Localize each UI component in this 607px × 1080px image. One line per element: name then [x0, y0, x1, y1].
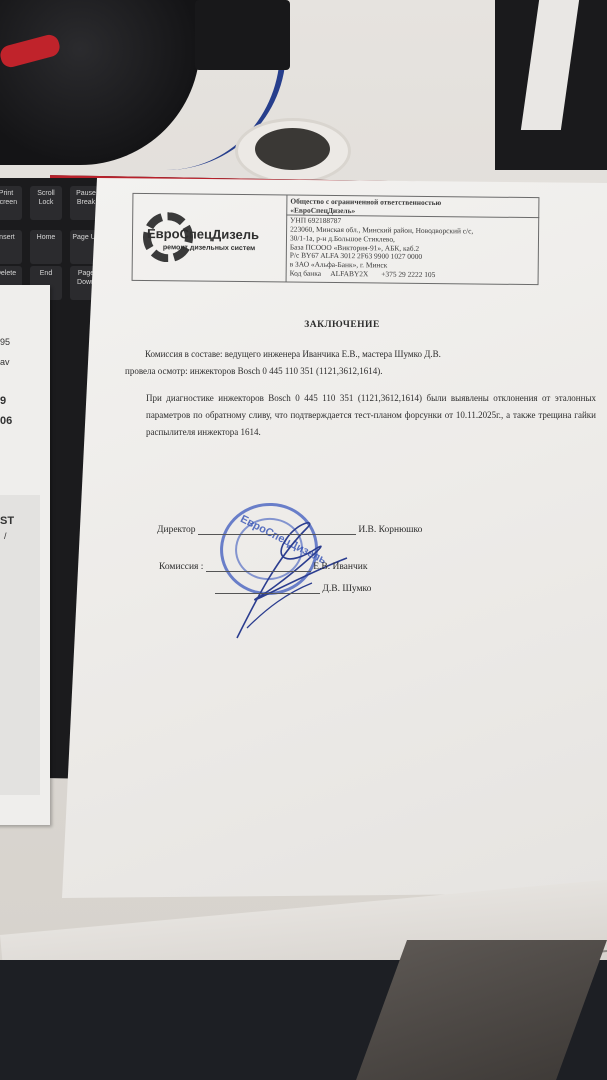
logo-name: ЕвроСпецДизель	[147, 226, 259, 242]
photo-scene: Print Screen Scroll Lock Pause Break Ins…	[0, 0, 607, 1080]
diagnosis-text: При диагностике инжекторов Bosch 0 445 1…	[126, 390, 596, 441]
member2-signature-row: Д.В. Шумко	[215, 584, 371, 594]
commission-signature-row: Комиссия : Е.В. Иванчик	[159, 562, 367, 572]
bank-code-label: Код банка	[290, 268, 321, 277]
document-title: ЗАКЛЮЧЕНИЕ	[62, 320, 607, 330]
key-scroll-lock: Scroll Lock	[30, 186, 62, 220]
commission-paragraph: Комиссия в составе: ведущего инженера Ив…	[145, 346, 441, 380]
org-bank-code-row: Код банка ALFABY2X +375 29 2222 105	[290, 269, 535, 280]
director-label: Директор	[157, 525, 196, 535]
logo-tagline: ремонт дизельных систем	[163, 244, 255, 252]
member2-name: Д.В. Шумко	[322, 584, 371, 594]
side-text: 95	[0, 337, 10, 347]
grommet-hole	[255, 128, 330, 170]
power-adapter	[195, 0, 290, 70]
side-text: /	[4, 531, 7, 541]
company-logo: ЕвроСпецДизель ремонт дизельных систем	[133, 194, 288, 282]
side-text: av	[0, 357, 10, 367]
letterhead: ЕвроСпецДизель ремонт дизельных систем О…	[132, 193, 540, 285]
side-text: 06	[0, 415, 12, 427]
document-page: ЕвроСпецДизель ремонт дизельных систем О…	[62, 178, 607, 898]
side-text: ST	[0, 515, 14, 527]
key-print-screen: Print Screen	[0, 186, 22, 220]
org-phone: +375 29 2222 105	[381, 269, 435, 279]
org-details: Общество с ограниченной ответственностью…	[290, 198, 536, 281]
side-text: 9	[0, 395, 6, 407]
diagnosis-paragraph: При диагностике инжекторов Bosch 0 445 1…	[126, 390, 596, 441]
key-home: Home	[30, 230, 62, 264]
director-name: И.В. Корнюшко	[358, 525, 422, 535]
bank-code: ALFABY2X	[330, 269, 368, 278]
commission-label: Комиссия :	[159, 562, 203, 572]
commission-line-2: провела осмотр: инжекторов Bosch 0 445 1…	[125, 363, 441, 380]
director-signature-row: Директор И.В. Корнюшко	[157, 525, 422, 535]
side-paper: 95 av 9 06 ST /	[0, 285, 50, 825]
key-insert: Insert	[0, 230, 22, 264]
commission-line-1: Комиссия в составе: ведущего инженера Ив…	[145, 346, 441, 363]
member1-name: Е.В. Иванчик	[313, 562, 367, 572]
handwritten-signature	[217, 498, 357, 648]
